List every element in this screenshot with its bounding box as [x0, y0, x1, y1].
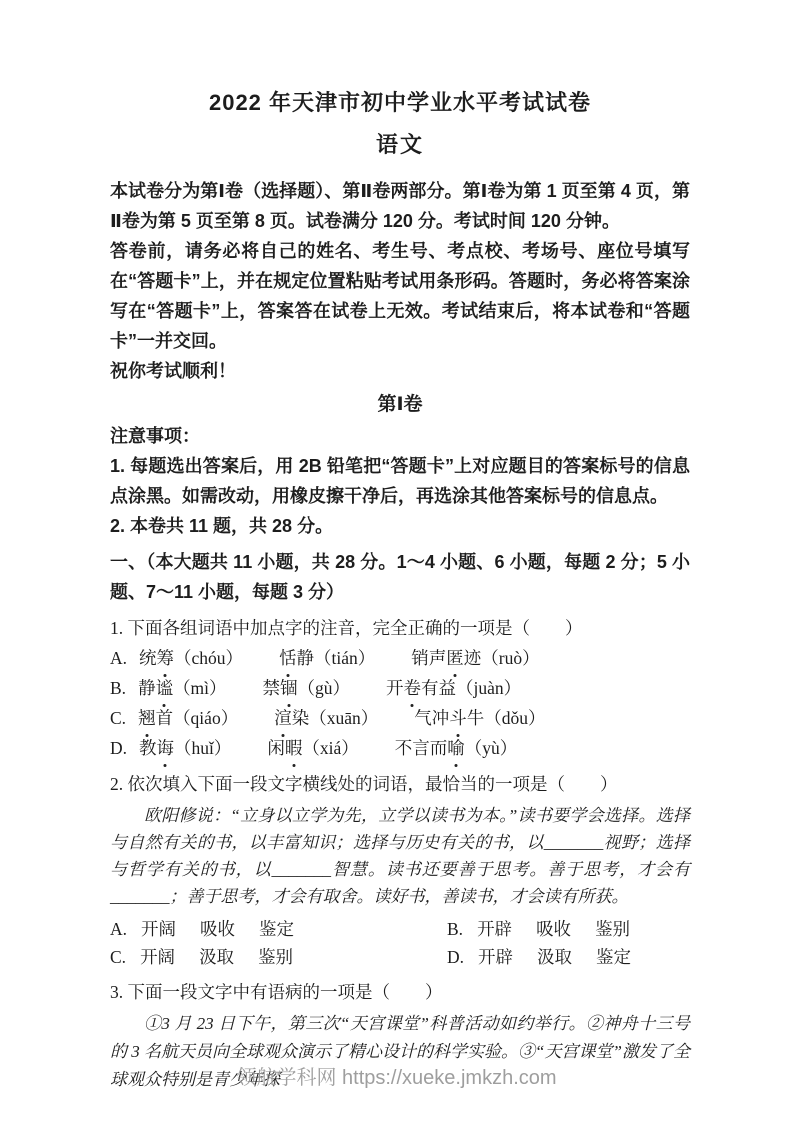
- q1-option-label: D.: [110, 733, 127, 763]
- part-intro: 一、（本大题共 11 小题，共 28 分。1～4 小题、6 小题，每题 2 分；…: [110, 547, 690, 607]
- q2-option-label: C.: [110, 944, 126, 972]
- q1-option-label: C.: [110, 703, 126, 733]
- notes-list: 1. 每题选出答案后，用 2B 铅笔把“答题卡”上对应题目的答案标号的信息点涂黑…: [110, 451, 690, 541]
- q1-word-with-pinyin: 统筹（chóu）: [139, 643, 243, 673]
- q2-option-label: A.: [110, 916, 127, 944]
- q1-word-with-pinyin: 翘首（qiáo）: [138, 703, 238, 733]
- q1-pinyin: （juàn）: [456, 678, 521, 698]
- q1-pinyin: （ruò）: [481, 648, 539, 668]
- q1-word-with-pinyin: 静谧（mì）: [138, 673, 226, 703]
- q2-option: D.开辟汲取鉴定: [447, 944, 690, 972]
- note-item-1: 1. 每题选出答案后，用 2B 铅笔把“答题卡”上对应题目的答案标号的信息点涂黑…: [110, 451, 690, 511]
- q1-word-with-pinyin: 渲染（xuān）: [274, 703, 378, 733]
- q1-option-label: A.: [110, 643, 127, 673]
- q2-options: A.开阔吸收鉴定B.开辟吸收鉴别C.开阔汲取鉴别D.开辟汲取鉴定: [110, 916, 690, 971]
- q1-word-with-pinyin: 不言而喻（yù）: [395, 733, 518, 763]
- exam-instructions: 本试卷分为第Ⅰ卷（选择题）、第Ⅱ卷两部分。第Ⅰ卷为第 1 页至第 4 页，第Ⅱ卷…: [110, 176, 690, 386]
- watermark-footer: 领航学科网 https://xueke.jmkzh.com: [0, 1064, 793, 1092]
- q1-stem: 1. 下面各组词语中加点字的注音，完全正确的一项是（ ）: [110, 613, 690, 643]
- q1-option-label: B.: [110, 673, 126, 703]
- q1-option-row: A.统筹（chóu）恬静（tián）销声匿迹（ruò）: [110, 643, 690, 673]
- q2-stem: 2. 依次填入下面一段文字横线处的词语，最恰当的一项是（ ）: [110, 769, 690, 799]
- q1-pinyin: （mì）: [173, 678, 226, 698]
- q1-pinyin: （huǐ）: [174, 738, 231, 758]
- intro-paragraph-3: 祝你考试顺利！: [110, 356, 690, 386]
- q2-option-word: 开辟: [477, 916, 512, 944]
- q2-option-word: 汲取: [199, 944, 234, 972]
- q1-option-row: D.教诲（huǐ）闲暇（xiá）不言而喻（yù）: [110, 733, 690, 763]
- q1-pinyin: （qiáo）: [173, 708, 238, 728]
- page-content: 2022 年天津市初中学业水平考试试卷 语文 本试卷分为第Ⅰ卷（选择题）、第Ⅱ卷…: [110, 88, 690, 1094]
- q1-pinyin: （gù）: [298, 678, 351, 698]
- intro-paragraph-2: 答卷前，请务必将自己的姓名、考生号、考点校、考场号、座位号填写在“答题卡”上，并…: [110, 236, 690, 356]
- q1-pinyin: （tián）: [314, 648, 375, 668]
- q2-option-word: 鉴定: [259, 916, 294, 944]
- q1-word-with-pinyin: 恬静（tián）: [279, 643, 375, 673]
- q2-option-label: B.: [447, 916, 463, 944]
- q1-pinyin: （xuān）: [309, 708, 378, 728]
- q1-options: A.统筹（chóu）恬静（tián）销声匿迹（ruò）B.静谧（mì）禁锢（gù…: [110, 643, 690, 763]
- q2-option-word: 鉴定: [596, 944, 631, 972]
- q3-stem: 3. 下面一段文字中有语病的一项是（ ）: [110, 977, 690, 1007]
- q1-option-row: B.静谧（mì）禁锢（gù）开卷有益（juàn）: [110, 673, 690, 703]
- q1-option-row: C.翘首（qiáo）渲染（xuān）气冲斗牛（dǒu）: [110, 703, 690, 733]
- q1-pinyin: （dǒu）: [484, 708, 545, 728]
- q2-option-word: 吸收: [200, 916, 235, 944]
- q2-option-word: 鉴别: [595, 916, 630, 944]
- q2-passage: 欧阳修说：“立身以立学为先，立学以读书为本。”读书要学会选择。选择与自然有关的书…: [110, 802, 690, 910]
- q1-word-with-pinyin: 禁锢（gù）: [263, 673, 351, 703]
- exam-page: 2022 年天津市初中学业水平考试试卷 语文 本试卷分为第Ⅰ卷（选择题）、第Ⅱ卷…: [0, 0, 793, 1122]
- q1-word-with-pinyin: 教诲（huǐ）: [139, 733, 231, 763]
- q2-option-word: 开阔: [140, 944, 175, 972]
- page-title: 2022 年天津市初中学业水平考试试卷: [110, 88, 690, 118]
- q2-option-label: D.: [447, 944, 464, 972]
- section-heading: 第Ⅰ卷: [110, 390, 690, 420]
- q2-option: A.开阔吸收鉴定: [110, 916, 447, 944]
- q2-option-word: 开辟: [478, 944, 513, 972]
- q2-option-word: 汲取: [537, 944, 572, 972]
- q1-word-with-pinyin: 销声匿迹（ruò）: [411, 643, 539, 673]
- q2-option: C.开阔汲取鉴别: [110, 944, 447, 972]
- q1-word-with-pinyin: 开卷有益（juàn）: [386, 673, 521, 703]
- intro-paragraph-1: 本试卷分为第Ⅰ卷（选择题）、第Ⅱ卷两部分。第Ⅰ卷为第 1 页至第 4 页，第Ⅱ卷…: [110, 176, 690, 236]
- note-item-2: 2. 本卷共 11 题，共 28 分。: [110, 511, 690, 541]
- q1-pinyin: （xiá）: [302, 738, 358, 758]
- subject-title: 语文: [110, 130, 690, 160]
- q1-pinyin: （chóu）: [174, 648, 243, 668]
- q2-option-word: 吸收: [536, 916, 571, 944]
- q1-pinyin: （yù）: [465, 738, 518, 758]
- notes-title: 注意事项：: [110, 421, 690, 451]
- q2-option: B.开辟吸收鉴别: [447, 916, 690, 944]
- q2-option-word: 鉴别: [258, 944, 293, 972]
- q2-option-word: 开阔: [141, 916, 176, 944]
- q1-word-with-pinyin: 气冲斗牛（dǒu）: [414, 703, 545, 733]
- q1-word-with-pinyin: 闲暇（xiá）: [267, 733, 358, 763]
